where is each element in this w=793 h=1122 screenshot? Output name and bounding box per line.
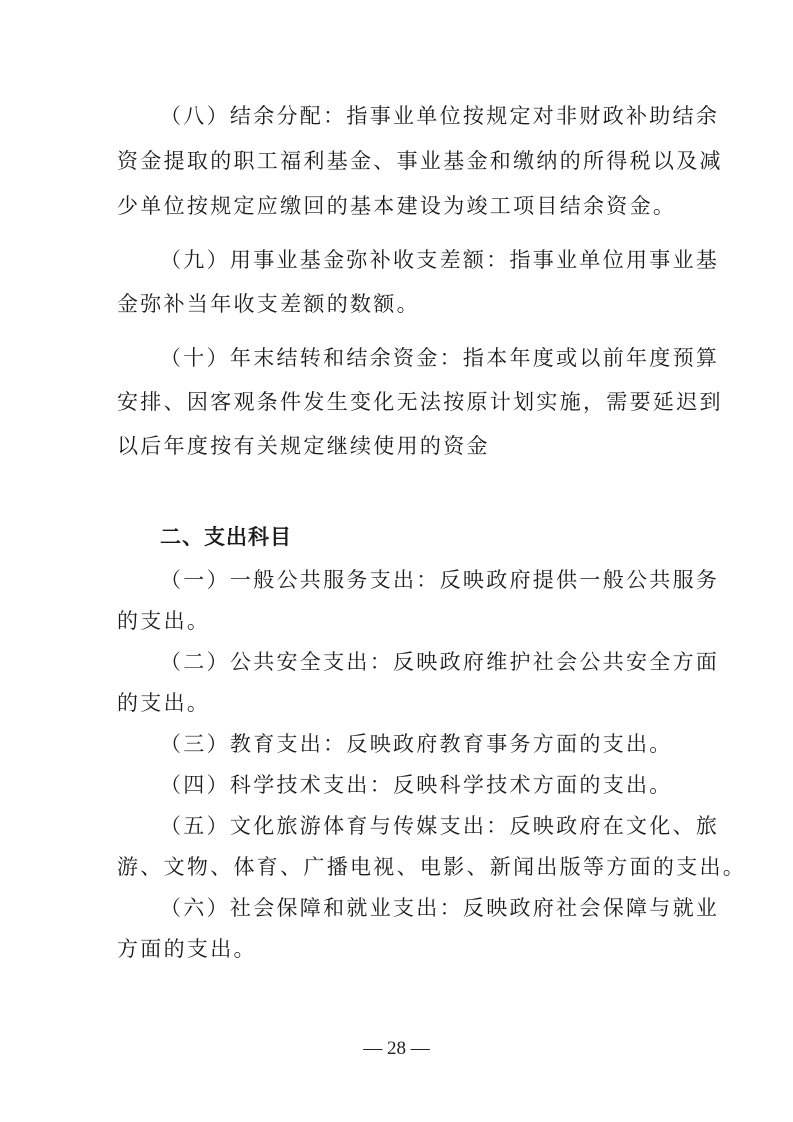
- paragraph-item-8-line-2: 资金提取的职工福利基金、事业基金和缴纳的所得税以及减: [117, 146, 682, 176]
- paragraph-item-8-line-1: （八）结余分配：指事业单位按规定对非财政补助结余: [160, 101, 682, 131]
- expense-item-2-line-1: （二）公共安全支出：反映政府维护社会公共安全方面: [160, 647, 682, 677]
- expense-item-1-line-1: （一）一般公共服务支出：反映政府提供一般公共服务: [160, 565, 682, 595]
- expense-item-5-line-2: 游、文物、体育、广播电视、电影、新闻出版等方面的支出。: [117, 852, 682, 882]
- expense-item-1-line-2: 的支出。: [117, 606, 682, 636]
- paragraph-item-9-line-1: （九）用事业基金弥补收支差额：指事业单位用事业基: [160, 245, 682, 275]
- paragraph-item-10-line-1: （十）年末结转和结余资金：指本年度或以前年度预算: [160, 343, 682, 373]
- expense-item-6-line-2: 方面的支出。: [117, 934, 682, 964]
- expense-item-2-line-2: 的支出。: [117, 688, 682, 718]
- expense-item-6-line-1: （六）社会保障和就业支出：反映政府社会保障与就业: [160, 893, 682, 923]
- paragraph-item-10-line-3: 以后年度按有关规定继续使用的资金: [117, 431, 682, 461]
- document-page: （八）结余分配：指事业单位按规定对非财政补助结余 资金提取的职工福利基金、事业基…: [0, 0, 793, 1122]
- section-heading: 二、支出科目: [160, 522, 292, 552]
- paragraph-item-10-line-2: 安排、因客观条件发生变化无法按原计划实施，需要延迟到: [117, 387, 682, 417]
- page-number: — 28 —: [0, 1038, 793, 1060]
- paragraph-item-8-line-3: 少单位按规定应缴回的基本建设为竣工项目结余资金。: [117, 191, 682, 221]
- paragraph-item-9-line-2: 金弥补当年收支差额的数额。: [117, 289, 682, 319]
- expense-item-5-line-1: （五）文化旅游体育与传媒支出：反映政府在文化、旅: [160, 811, 682, 841]
- expense-item-3-line-1: （三）教育支出：反映政府教育事务方面的支出。: [160, 729, 682, 759]
- expense-item-4-line-1: （四）科学技术支出：反映科学技术方面的支出。: [160, 770, 682, 800]
